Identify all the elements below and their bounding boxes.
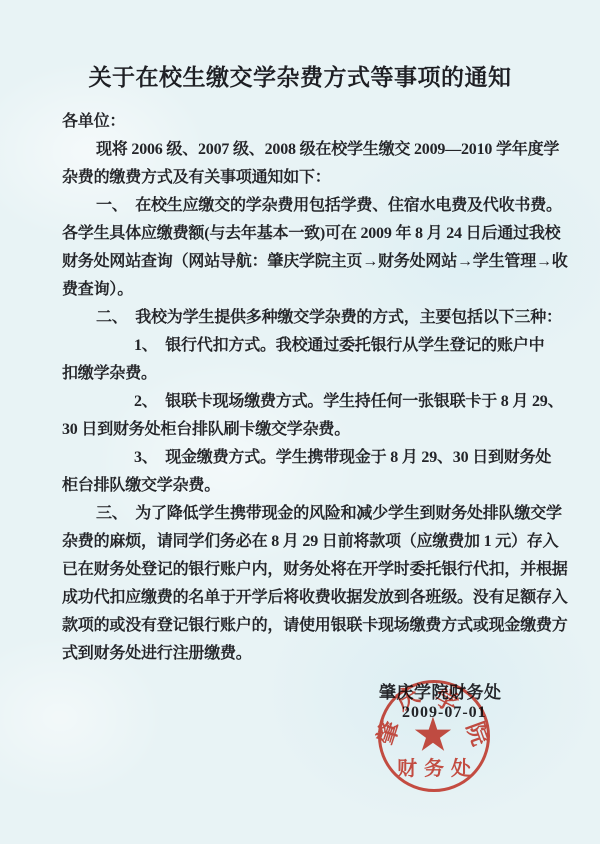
body-line: 款项的或没有登记银行账户的，请使用银联卡现场缴费方式或现金缴费方: [62, 612, 546, 640]
body-line: 扣缴学杂费。: [62, 360, 546, 388]
body-line: 杂费的麻烦，请同学们务必在 8 月 29 日前将款项（应缴费加 1 元）存入: [62, 528, 546, 556]
body-line: 1、 银行代扣方式。我校通过委托银行从学生登记的账户中: [62, 332, 546, 360]
body-line: 柜台排队缴交学杂费。: [62, 472, 546, 500]
body-line: 各单位：: [62, 108, 546, 136]
body-line: 2、 银联卡现场缴费方式。学生持任何一张银联卡于 8 月 29、: [62, 388, 546, 416]
body-line: 费查询）。: [62, 276, 546, 304]
body-line: 二、 我校为学生提供多种缴交学杂费的方式，主要包括以下三种：: [62, 304, 546, 332]
notice-document: 关于在校生缴交学杂费方式等事项的通知 各单位：现将 2006 级、2007 级、…: [0, 0, 600, 844]
body-line: 杂费的缴费方式及有关事项通知如下：: [62, 164, 546, 192]
body-line: 已在财务处登记的银行账户内，财务处将在开学时委托银行代扣，并根据: [62, 556, 546, 584]
body-line: 3、 现金缴费方式。学生携带现金于 8 月 29、30 日到财务处: [62, 444, 546, 472]
body-line: 现将 2006 级、2007 级、2008 级在校学生缴交 2009—2010 …: [62, 136, 546, 164]
body-line: 式到财务处进行注册缴费。: [62, 640, 546, 668]
notice-body: 各单位：现将 2006 级、2007 级、2008 级在校学生缴交 2009—2…: [62, 108, 546, 668]
seal-label: 财务处: [378, 752, 490, 781]
body-line: 财务处网站查询（网站导航：肇庆学院主页→财务处网站→学生管理→收: [62, 248, 546, 276]
body-line: 一、 在校生应缴交的学杂费用包括学费、住宿水电费及代收书费。: [62, 192, 546, 220]
body-line: 成功代扣应缴费的名单于开学后将收费收据发放到各班级。没有足额存入: [62, 584, 546, 612]
notice-title: 关于在校生缴交学杂费方式等事项的通知: [0, 0, 600, 94]
body-line: 30 日到财务处柜台排队刷卡缴交学杂费。: [62, 416, 546, 444]
body-line: 三、 为了降低学生携带现金的风险和减少学生到财务处排队缴交学: [62, 500, 546, 528]
body-line: 各学生具体应缴费额(与去年基本一致)可在 2009 年 8 月 24 日后通过我…: [62, 220, 546, 248]
official-seal: 肇 庆 学 院 ★ 财务处: [378, 680, 490, 792]
